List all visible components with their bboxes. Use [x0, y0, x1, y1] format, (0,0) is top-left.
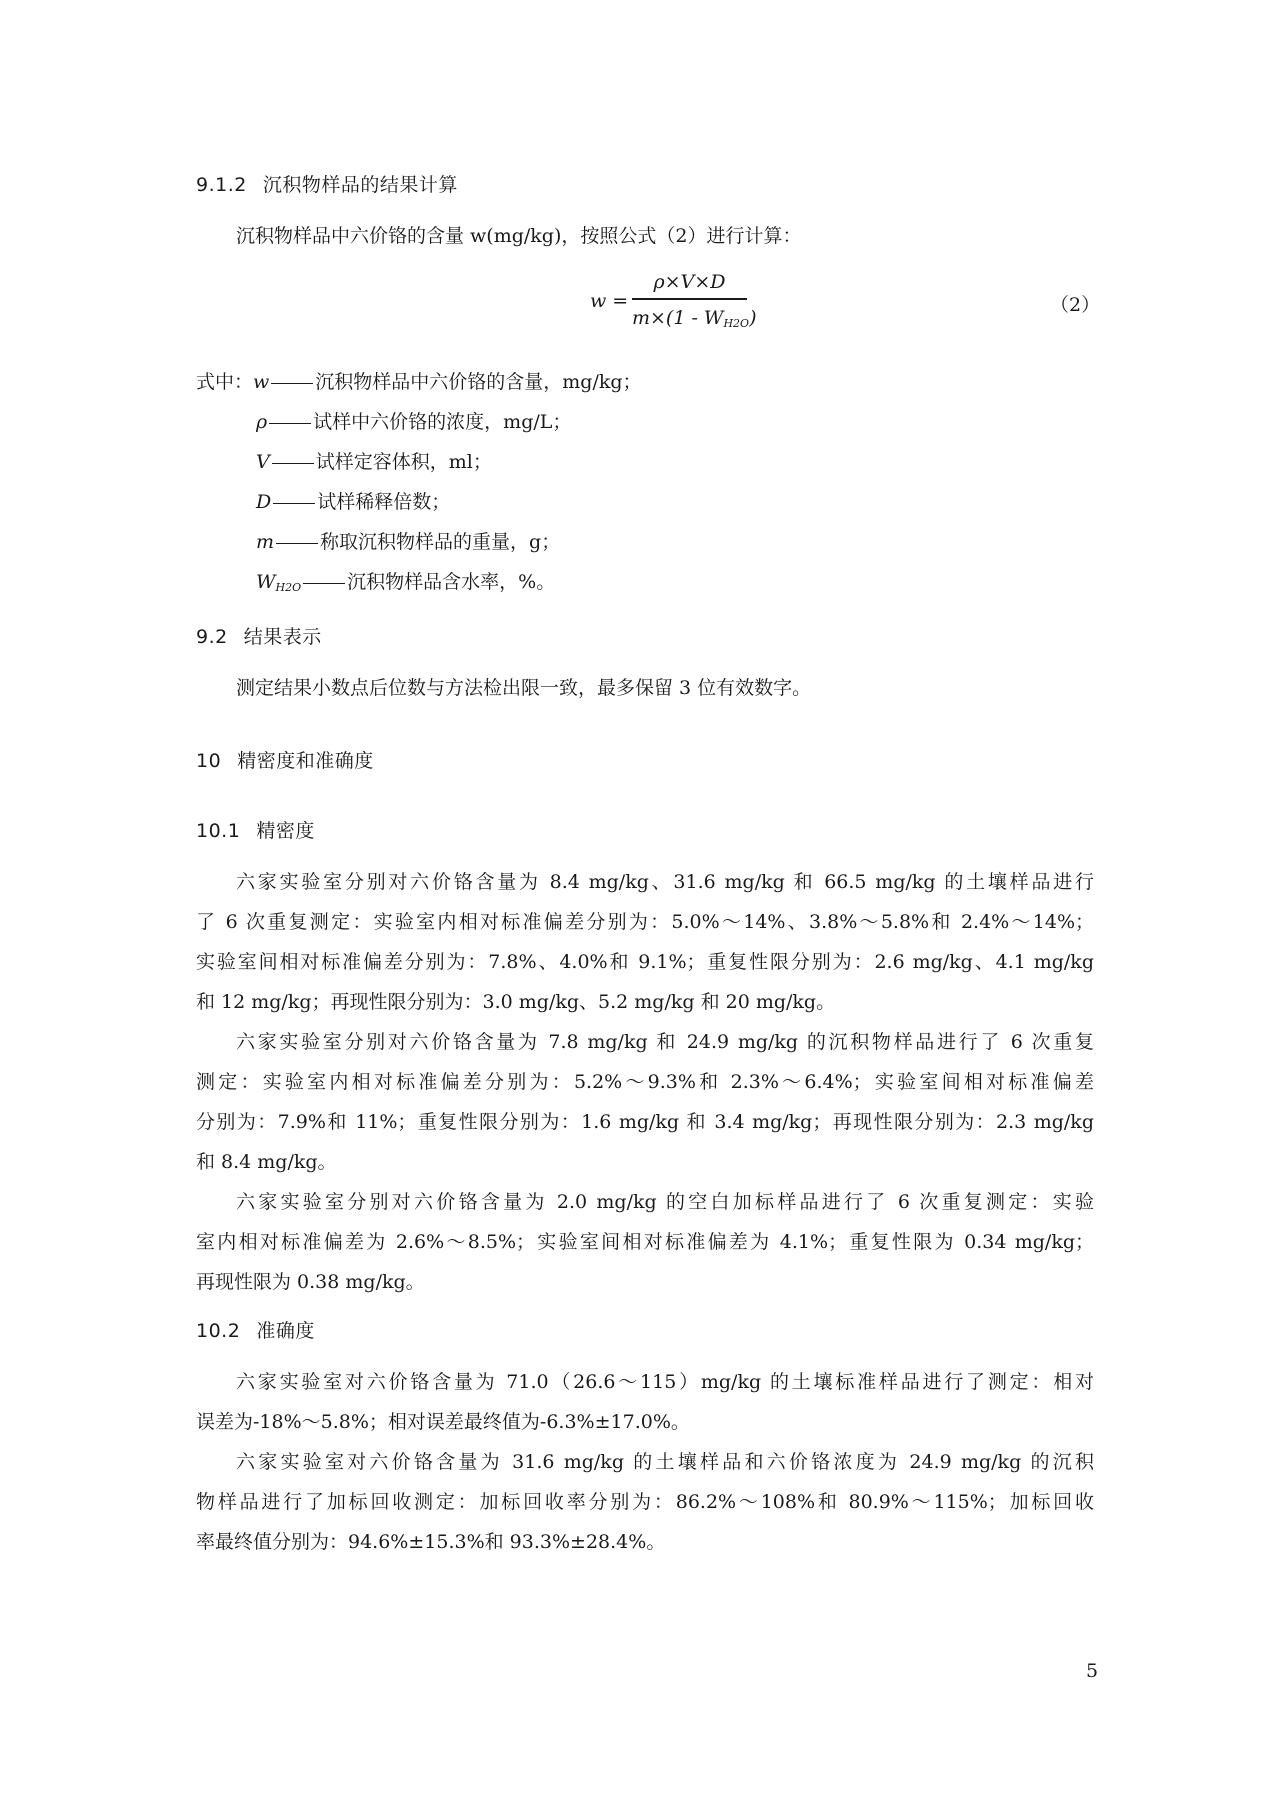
section-number: 10.1 — [196, 820, 240, 842]
paragraph-line: 六家实验室对六价铬含量为 31.6 mg/kg 的土壤样品和六价铬浓度为 24.… — [196, 1442, 1094, 1482]
definition-symbol: W — [256, 571, 276, 593]
result-expression-paragraph: 测定结果小数点后位数与方法检出限一致，最多保留 3 位有效数字。 — [196, 668, 1094, 708]
paragraph-line: 六家实验室分别对六价铬含量为 2.0 mg/kg 的空白加标样品进行了 6 次重… — [196, 1182, 1094, 1222]
definition-item: ρ试样中六价铬的浓度，mg/L； — [256, 402, 571, 442]
formula-denominator: m×(1 - WH2O) — [632, 304, 747, 332]
equation-number: （2） — [1050, 290, 1100, 317]
section-heading-10-1: 10.1精密度 — [196, 816, 315, 843]
section-title: 精密度和准确度 — [237, 750, 374, 772]
section-title: 沉积物样品的结果计算 — [263, 174, 458, 196]
definitions-lead: 式中： — [196, 371, 253, 393]
em-dash — [271, 383, 313, 384]
section-heading-9-2: 9.2结果表示 — [196, 622, 322, 649]
paragraph-line: 误差为-18%～5.8%；相对误差最终值为-6.3%±17.0%。 — [196, 1402, 1094, 1442]
section-number: 10.2 — [196, 1320, 240, 1342]
definition-symbol: ρ — [256, 411, 267, 433]
paragraph-line: 测定：实验室内相对标准偏差分别为：5.2%～9.3%和 2.3%～6.4%；实验… — [196, 1062, 1094, 1102]
section-heading-10: 10精密度和准确度 — [196, 746, 374, 773]
paragraph-line: 测定结果小数点后位数与方法检出限一致，最多保留 3 位有效数字。 — [196, 668, 1094, 708]
definition-text: 试样中六价铬的浓度，mg/L； — [313, 411, 571, 433]
paragraph-line: 物样品进行了加标回收测定：加标回收率分别为：86.2%～108%和 80.9%～… — [196, 1482, 1094, 1522]
section-heading-10-2: 10.2准确度 — [196, 1316, 315, 1343]
definition-symbol: D — [256, 491, 271, 513]
paragraph-line: 率最终值分别为：94.6%±15.3%和 93.3%±28.4%。 — [196, 1522, 1094, 1562]
em-dash — [269, 423, 311, 424]
section-number: 10 — [196, 750, 221, 772]
definition-text: 试样稀释倍数； — [317, 491, 450, 513]
formula-fraction: ρ×V×D m×(1 - WH2O) — [632, 268, 747, 332]
paragraph-line: 沉积物样品中六价铬的含量 w(mg/kg)，按照公式（2）进行计算： — [196, 216, 1094, 256]
section-number: 9.2 — [196, 626, 228, 648]
precision-paragraph-sediment: 六家实验室分别对六价铬含量为 7.8 mg/kg 和 24.9 mg/kg 的沉… — [196, 1022, 1094, 1182]
denominator-suffix: ) — [749, 307, 756, 329]
section-number: 9.1.2 — [196, 174, 247, 196]
paragraph-line: 和 8.4 mg/kg。 — [196, 1142, 1094, 1182]
formula-intro-paragraph: 沉积物样品中六价铬的含量 w(mg/kg)，按照公式（2）进行计算： — [196, 216, 1094, 256]
precision-paragraph-blank-spike: 六家实验室分别对六价铬含量为 2.0 mg/kg 的空白加标样品进行了 6 次重… — [196, 1182, 1094, 1302]
precision-paragraph-soil: 六家实验室分别对六价铬含量为 8.4 mg/kg、31.6 mg/kg 和 66… — [196, 862, 1094, 1022]
definition-item: 式中：w沉积物样品中六价铬的含量，mg/kg； — [196, 362, 642, 402]
definition-text: 试样定容体积，ml； — [316, 451, 492, 473]
paragraph-line: 分别为：7.9%和 11%；重复性限分别为：1.6 mg/kg 和 3.4 mg… — [196, 1102, 1094, 1142]
em-dash — [273, 503, 315, 504]
section-heading-9-1-2: 9.1.2沉积物样品的结果计算 — [196, 170, 458, 197]
definition-subscript: H2O — [276, 581, 302, 594]
paragraph-line: 实验室间相对标准偏差分别为：7.8%、4.0%和 9.1%；重复性限分别为：2.… — [196, 942, 1094, 982]
definition-item: V试样定容体积，ml； — [256, 442, 492, 482]
definition-text: 沉积物样品含水率，%。 — [347, 571, 555, 593]
accuracy-paragraph-recovery: 六家实验室对六价铬含量为 31.6 mg/kg 的土壤样品和六价铬浓度为 24.… — [196, 1442, 1094, 1562]
paragraph-line: 室内相对标准偏差为 2.6%～8.5%；实验室间相对标准偏差为 4.1%；重复性… — [196, 1222, 1094, 1262]
section-title: 结果表示 — [244, 626, 322, 648]
page-number: 5 — [1086, 1660, 1098, 1682]
em-dash — [272, 463, 314, 464]
document-page: 9.1.2沉积物样品的结果计算 沉积物样品中六价铬的含量 w(mg/kg)，按照… — [0, 0, 1280, 1810]
paragraph-line: 六家实验室分别对六价铬含量为 8.4 mg/kg、31.6 mg/kg 和 66… — [196, 862, 1094, 902]
paragraph-line: 六家实验室分别对六价铬含量为 7.8 mg/kg 和 24.9 mg/kg 的沉… — [196, 1022, 1094, 1062]
formula-lhs: w = — [590, 290, 628, 312]
definition-item: D试样稀释倍数； — [256, 482, 450, 522]
definition-item: WH2O沉积物样品含水率，%。 — [256, 562, 555, 602]
paragraph-line: 了 6 次重复测定：实验室内相对标准偏差分别为：5.0%～14%、3.8%～5.… — [196, 902, 1094, 942]
section-title: 精密度 — [256, 820, 315, 842]
accuracy-paragraph-reference: 六家实验室对六价铬含量为 71.0（26.6～115）mg/kg 的土壤标准样品… — [196, 1362, 1094, 1442]
definition-text: 沉积物样品中六价铬的含量，mg/kg； — [315, 371, 641, 393]
paragraph-line: 再现性限为 0.38 mg/kg。 — [196, 1262, 1094, 1302]
fraction-bar — [632, 298, 747, 300]
section-title: 准确度 — [256, 1320, 315, 1342]
definition-symbol: V — [256, 451, 270, 473]
em-dash — [303, 583, 345, 584]
denominator-subscript: H2O — [723, 317, 749, 330]
paragraph-line: 和 12 mg/kg；再现性限分别为：3.0 mg/kg、5.2 mg/kg 和… — [196, 982, 1094, 1022]
definition-symbol: w — [253, 371, 269, 393]
definition-text: 称取沉积物样品的重量，g； — [320, 531, 560, 553]
definition-item: m称取沉积物样品的重量，g； — [256, 522, 560, 562]
definition-symbol: m — [256, 531, 274, 553]
em-dash — [276, 543, 318, 544]
paragraph-line: 六家实验室对六价铬含量为 71.0（26.6～115）mg/kg 的土壤标准样品… — [196, 1362, 1094, 1402]
formula-numerator: ρ×V×D — [632, 268, 747, 296]
denominator-prefix: m×(1 - W — [632, 307, 723, 329]
